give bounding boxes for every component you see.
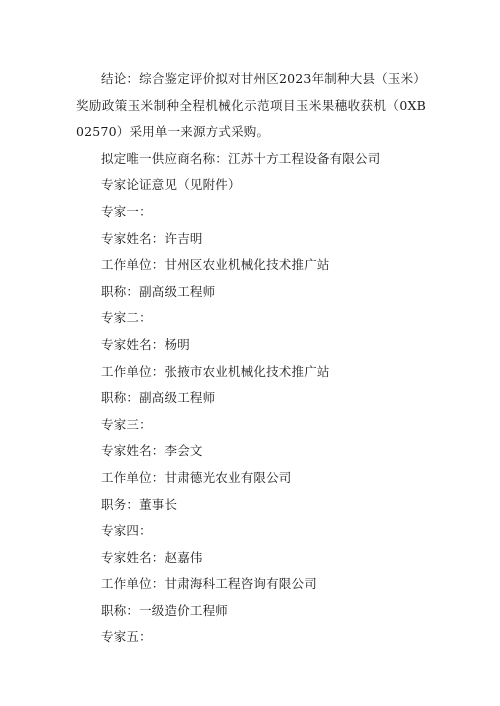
expert-1-unit: 工作单位：甘州区农业机械化技术推广站: [76, 252, 426, 279]
expert-4-unit: 工作单位：甘肃海科工程咨询有限公司: [76, 571, 426, 598]
expert-4-heading: 专家四：: [76, 518, 426, 545]
expert-3-title: 职务：董事长: [76, 492, 426, 519]
expert-2-unit: 工作单位：张掖市农业机械化技术推广站: [76, 359, 426, 386]
expert-1-heading: 专家一：: [76, 199, 426, 226]
supplier-line: 拟定唯一供应商名称：江苏十方工程设备有限公司: [76, 146, 426, 173]
expert-4-name: 专家姓名：赵嘉伟: [76, 545, 426, 572]
expert-1-name: 专家姓名：许吉明: [76, 226, 426, 253]
conclusion-paragraph: 结论：综合鉴定评价拟对甘州区2023年制种大县（玉米）奖励政策玉米制种全程机械化…: [76, 66, 426, 146]
document-page: 结论：综合鉴定评价拟对甘州区2023年制种大县（玉米）奖励政策玉米制种全程机械化…: [76, 66, 426, 651]
expert-2-heading: 专家二：: [76, 305, 426, 332]
expert-2-title: 职称：副高级工程师: [76, 385, 426, 412]
expert-3-heading: 专家三：: [76, 412, 426, 439]
expert-3-unit: 工作单位：甘肃德光农业有限公司: [76, 465, 426, 492]
expert-2-name: 专家姓名：杨明: [76, 332, 426, 359]
expert-5-heading: 专家五：: [76, 624, 426, 651]
expert-3-name: 专家姓名：李会文: [76, 438, 426, 465]
expert-4-title: 职称：一级造价工程师: [76, 598, 426, 625]
expert-1-title: 职称：副高级工程师: [76, 279, 426, 306]
expert-opinion-line: 专家论证意见（见附件）: [76, 172, 426, 199]
